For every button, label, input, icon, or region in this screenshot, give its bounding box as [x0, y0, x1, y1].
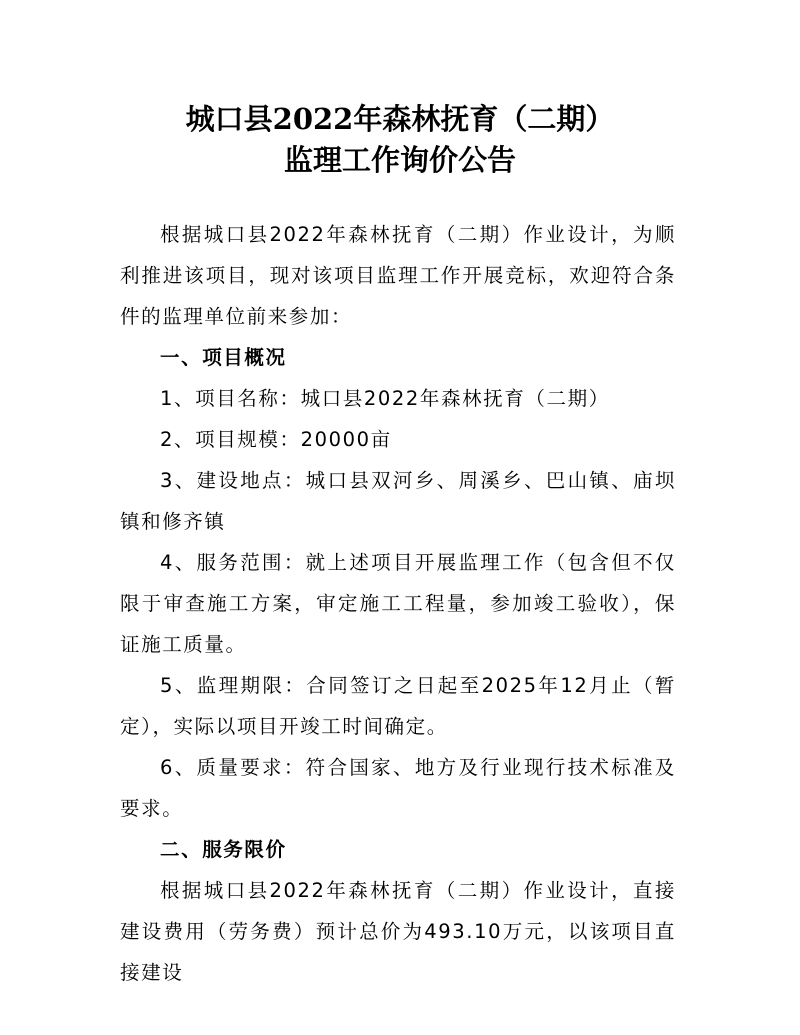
item-supervision-period: 5、监理期限：合同签订之日起至2025年12月止（暂定），实际以项目开竣工时间确…: [120, 665, 676, 747]
item-quality-requirement: 6、质量要求：符合国家、地方及行业现行技术标准及要求。: [120, 747, 676, 829]
document-body: 根据城口县2022年森林抚育（二期）作业设计，为顺利推进该项目，现对该项目监理工…: [120, 214, 676, 993]
section-heading-price-limit: 二、服务限价: [120, 829, 676, 870]
title-line-1: 城口县2022年森林抚育（二期）: [0, 99, 800, 139]
section-heading-overview: 一、项目概况: [120, 337, 676, 378]
item-location: 3、建设地点：城口县双河乡、周溪乡、巴山镇、庙坝镇和修齐镇: [120, 460, 676, 542]
item-project-scale: 2、项目规模：20000亩: [120, 419, 676, 460]
document-page: 城口县2022年森林抚育（二期） 监理工作询价公告 根据城口县2022年森林抚育…: [0, 0, 800, 1035]
item-service-scope: 4、服务范围：就上述项目开展监理工作（包含但不仅限于审查施工方案，审定施工工程量…: [120, 542, 676, 665]
title-line-2: 监理工作询价公告: [0, 140, 800, 180]
price-paragraph: 根据城口县2022年森林抚育（二期）作业设计，直接建设费用（劳务费）预计总价为4…: [120, 870, 676, 993]
intro-paragraph: 根据城口县2022年森林抚育（二期）作业设计，为顺利推进该项目，现对该项目监理工…: [120, 214, 676, 337]
item-project-name: 1、项目名称：城口县2022年森林抚育（二期）: [120, 378, 676, 419]
